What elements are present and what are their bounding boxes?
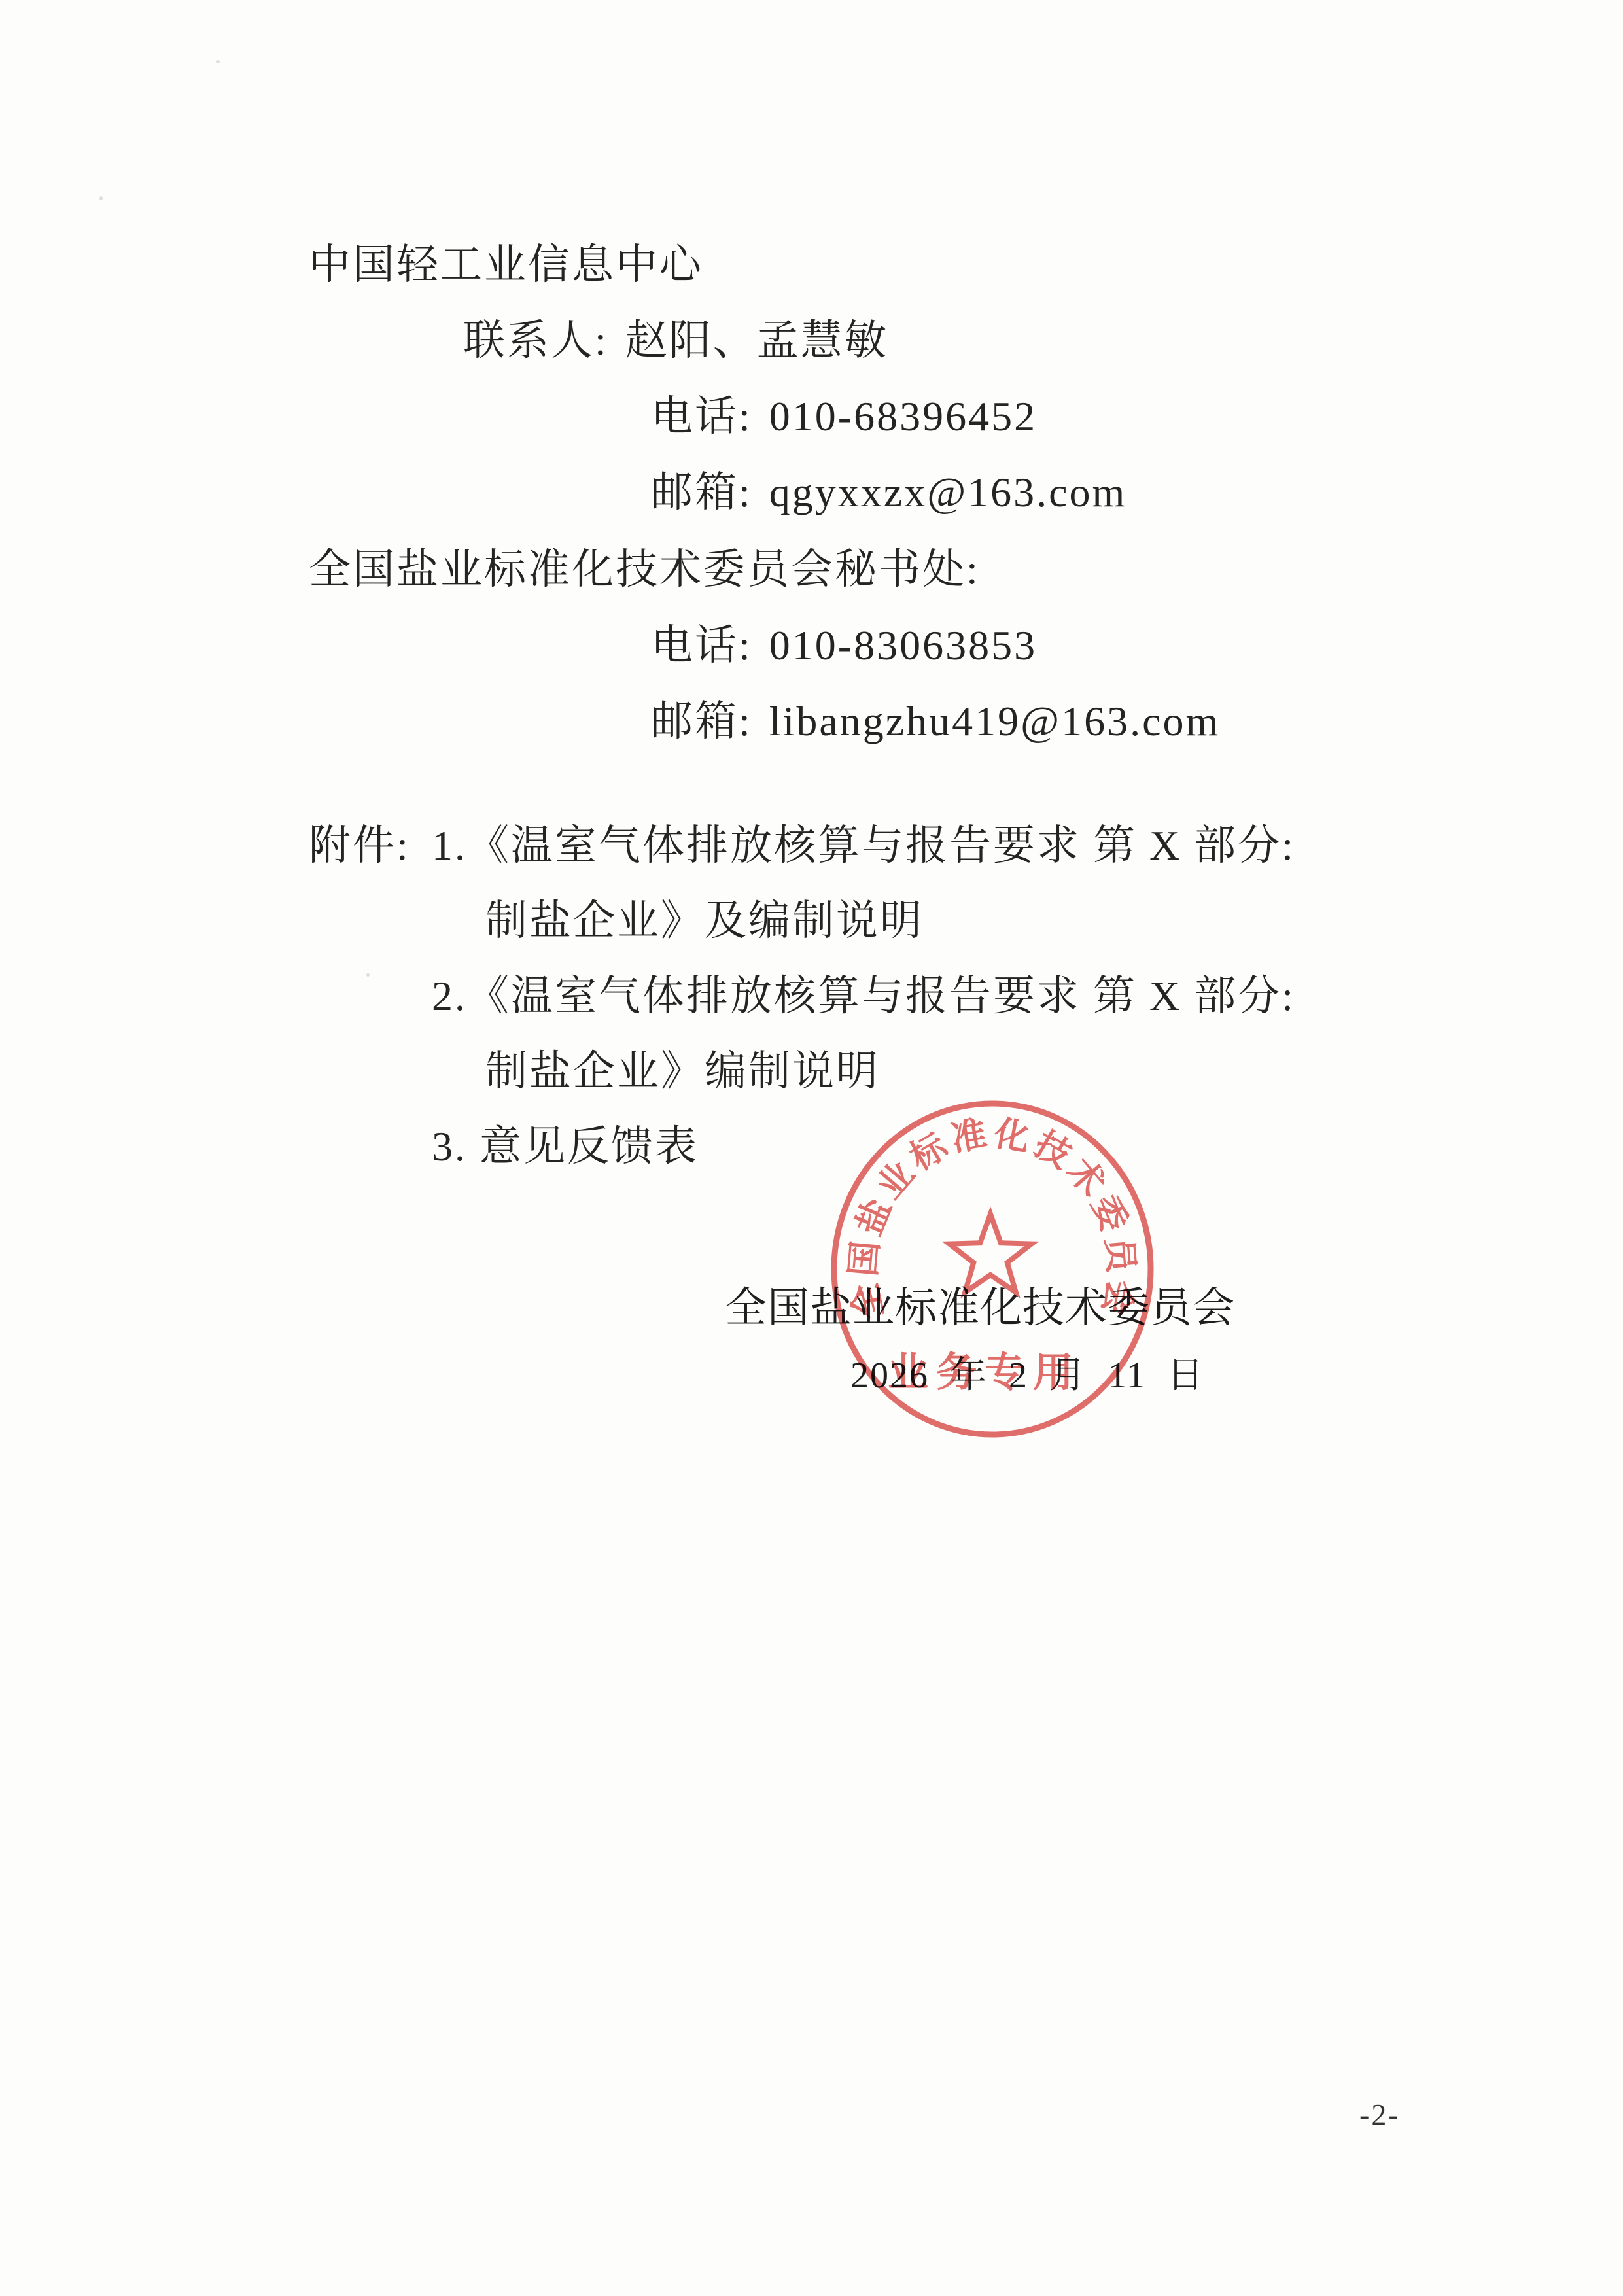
official-seal-stamp: 全国盐业标准化技术委员会 业务专用 xyxy=(816,1083,1169,1455)
email-label: 邮箱: xyxy=(651,698,752,744)
attachment-item-1-line-1: 1.《温室气体排放核算与报告要求 第 X 部分: xyxy=(432,823,1295,869)
org2-email-line: 邮箱:libangzhu419@163.com xyxy=(651,699,1220,744)
contact-person-names: 赵阳、孟慧敏 xyxy=(625,317,888,364)
email-address: qgyxxzx@163.com xyxy=(769,469,1127,515)
scan-speck xyxy=(366,973,370,977)
attachment-item-2-line-1: 2.《温室气体排放核算与报告要求 第 X 部分: xyxy=(432,973,1295,1019)
org1-contact-line: 联系人:赵阳、孟慧敏 xyxy=(463,318,888,364)
scan-speck xyxy=(99,196,103,200)
phone-label: 电话: xyxy=(651,393,752,440)
org2-phone-line: 电话:010-83063853 xyxy=(651,623,1037,669)
phone-label: 电话: xyxy=(651,622,752,669)
contact-person-label: 联系人: xyxy=(463,317,608,364)
page-number: -2- xyxy=(1359,2097,1401,2132)
email-address: libangzhu419@163.com xyxy=(769,698,1221,744)
phone-number: 010-68396452 xyxy=(769,393,1037,440)
seal-star-icon xyxy=(949,1214,1032,1292)
email-label: 邮箱: xyxy=(651,469,752,515)
attachment-item-1-line-2: 制盐企业》及编制说明 xyxy=(485,898,924,944)
scan-speck xyxy=(216,60,220,63)
phone-number: 010-83063853 xyxy=(769,622,1037,669)
org1-email-line: 邮箱:qgyxxzx@163.com xyxy=(651,470,1126,515)
document-page: 中国轻工业信息中心 联系人:赵阳、孟慧敏 电话:010-68396452 邮箱:… xyxy=(0,0,1623,2296)
attachments-label: 附件: xyxy=(309,823,410,869)
attachment-item-3: 3. 意见反馈表 xyxy=(432,1124,699,1170)
org1-name: 中国轻工业信息中心 xyxy=(309,242,703,288)
seal-bottom-text: 业务专用 xyxy=(888,1350,1081,1395)
org1-phone-line: 电话:010-68396452 xyxy=(651,394,1037,440)
org2-name: 全国盐业标准化技术委员会秘书处: xyxy=(309,547,980,593)
